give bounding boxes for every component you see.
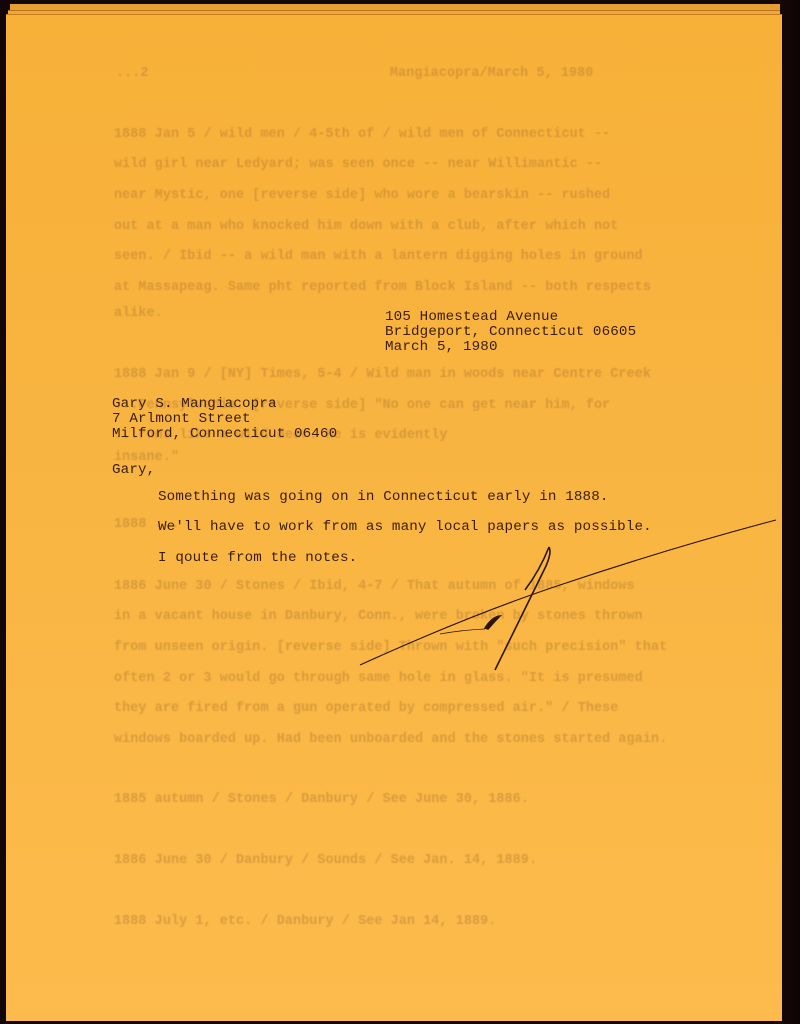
recipient-name: Gary S. Mangiacopra xyxy=(112,398,277,411)
ghost-line: 1888 July 1, etc. / Danbury / See Jan 14… xyxy=(114,914,496,929)
body-paragraph: I qoute from the notes. xyxy=(158,550,357,566)
salutation: Gary, xyxy=(112,464,155,477)
letter-date: March 5, 1980 xyxy=(385,341,498,354)
ghost-line: 1885 autumn / Stones / Danbury / See Jun… xyxy=(114,792,529,807)
ghost-line: out at a man who knocked him down with a… xyxy=(114,219,618,234)
ghost-line: windows boarded up. Had been unboarded a… xyxy=(114,732,667,747)
ghost-line: wild girl near Ledyard; was seen once --… xyxy=(114,157,602,172)
ghost-line: they are fired from a gun operated by co… xyxy=(114,701,618,716)
recipient-street: 7 Arlmont Street xyxy=(112,413,251,426)
body-paragraph: We'll have to work from as many local pa… xyxy=(158,519,652,535)
ghost-line: 1888 Jan 9 / [NY] Times, 5-4 / Wild man … xyxy=(114,367,651,382)
ghost-line: seen. / Ibid -- a wild man with a lanter… xyxy=(114,249,643,264)
sender-city: Bridgeport, Connecticut 06605 xyxy=(385,326,636,339)
recipient-city: Milford, Connecticut 06460 xyxy=(112,428,337,441)
ghost-line: near Mystic, one [reverse side] who wore… xyxy=(114,188,610,203)
ghost-line: alike. xyxy=(114,306,163,321)
ghost-line: from unseen origin. [reverse side] Throw… xyxy=(114,640,667,655)
ghost-line: in a vacant house in Danbury, Conn., wer… xyxy=(114,609,643,624)
ghost-line: 1888 Jan 5 / wild men / 4-5th of / wild … xyxy=(114,127,610,142)
ghost-line: 1886 June 30 / Stones / Ibid, 4-7 / That… xyxy=(114,579,635,594)
sender-street: 105 Homestead Avenue xyxy=(385,311,558,324)
ghost-line: 1886 June 30 / Danbury / Sounds / See Ja… xyxy=(114,853,537,868)
ghost-header-left: ...2 xyxy=(116,66,149,81)
ghost-line: often 2 or 3 would go through same hole … xyxy=(114,671,643,686)
body-paragraph: Something was going on in Connecticut ea… xyxy=(158,489,609,505)
ghost-header-right: Mangiacopra/March 5, 1980 xyxy=(390,66,593,81)
ghost-line: at Massapeag. Same pht reported from Blo… xyxy=(114,280,651,295)
